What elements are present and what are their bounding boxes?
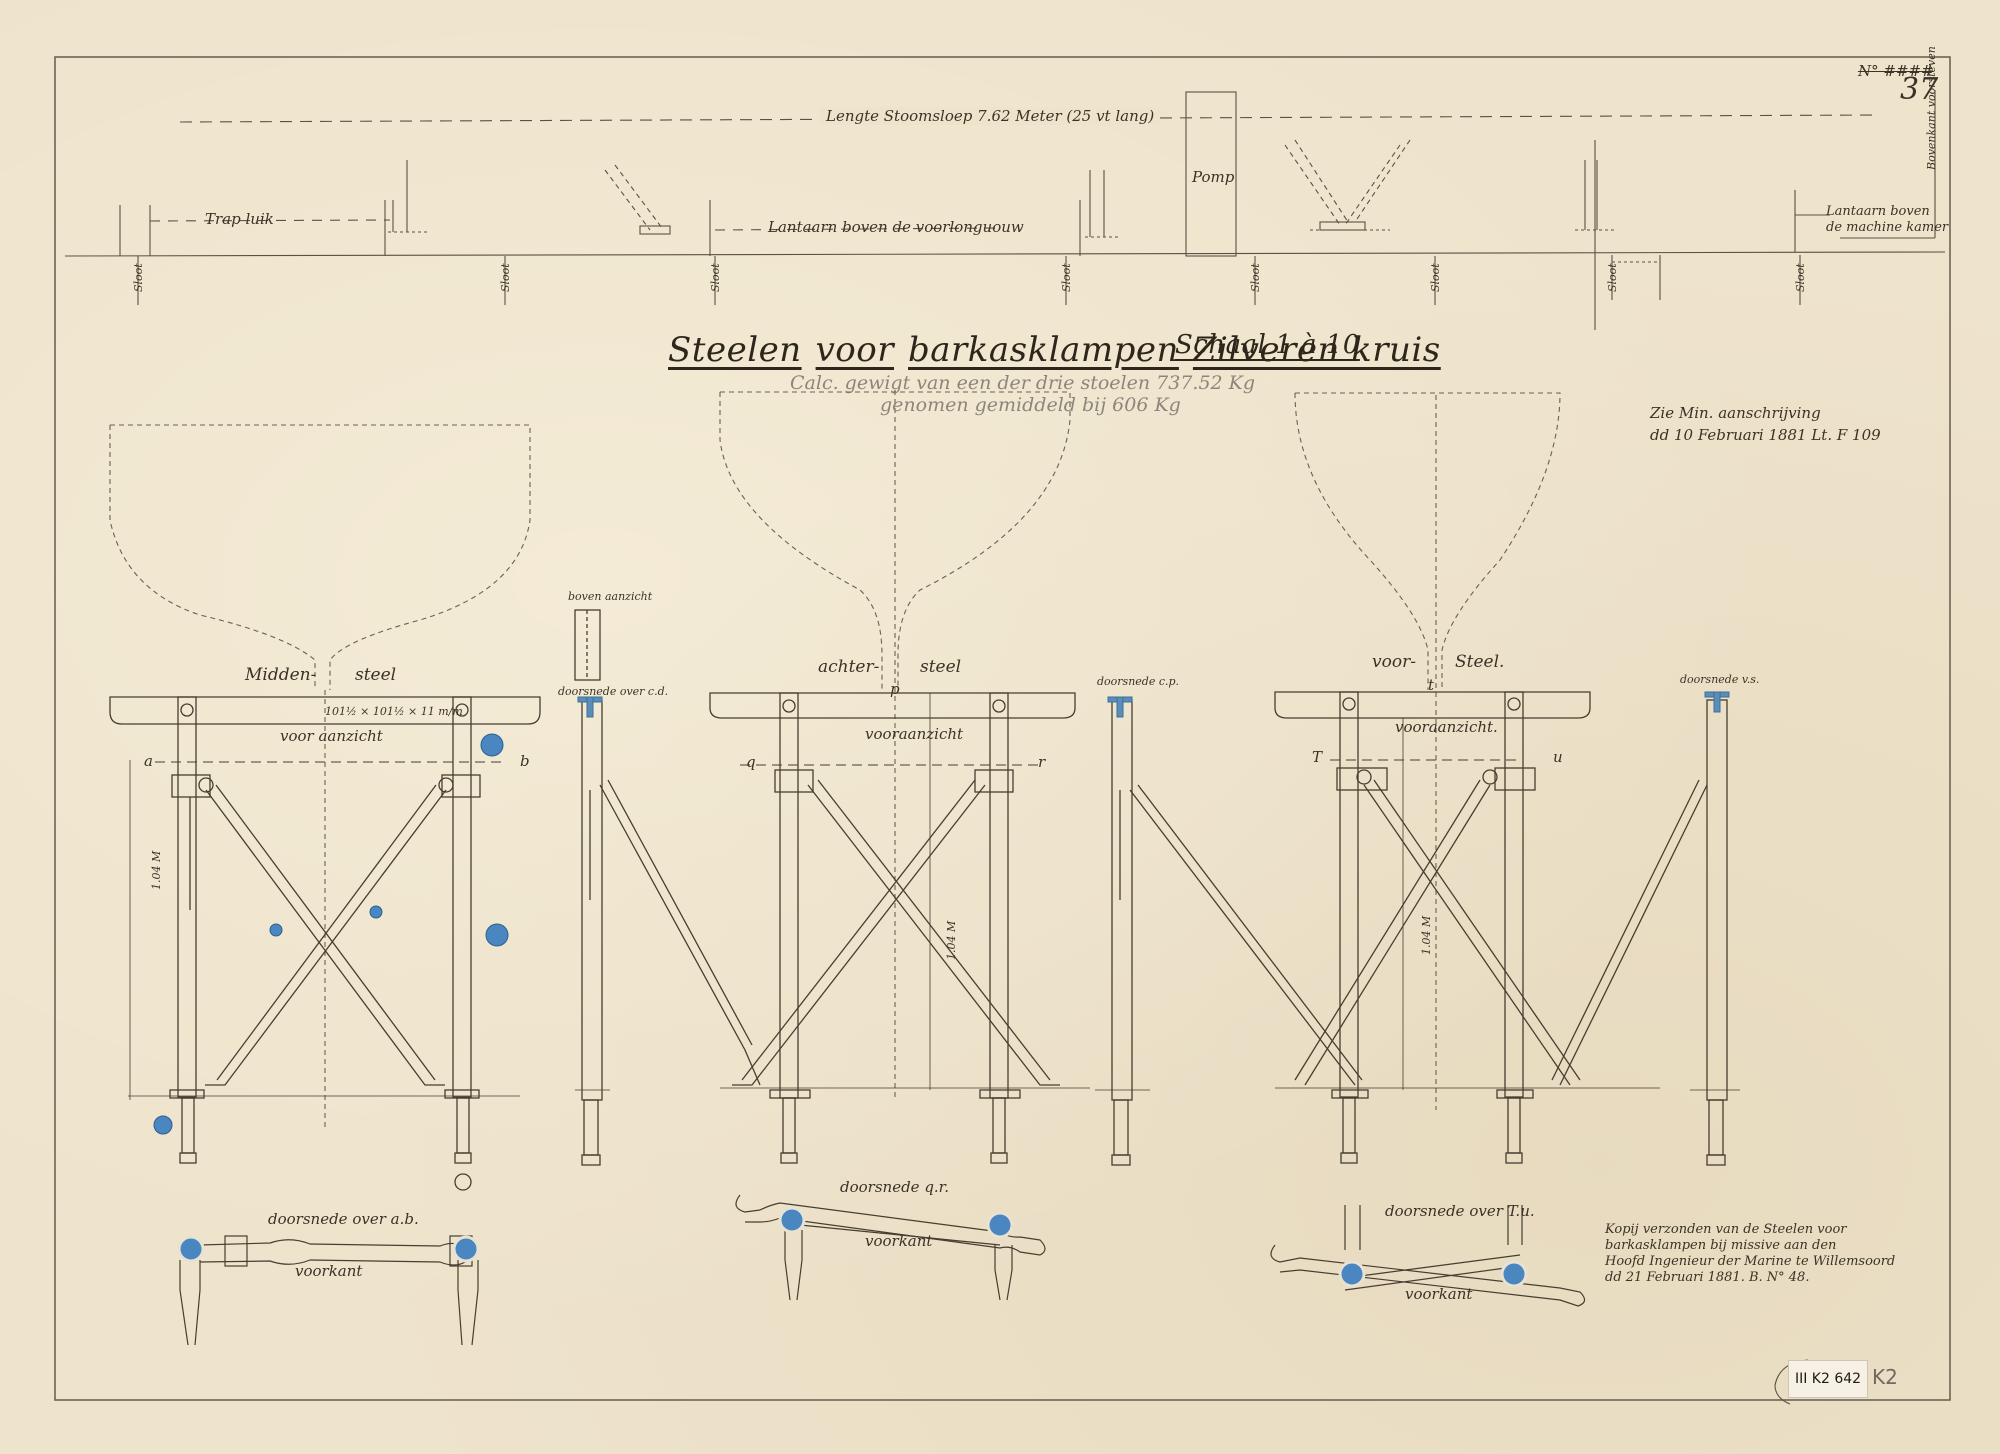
side-view-section: doorsnede v.s. bbox=[1680, 673, 1759, 686]
label-lantaarn-voor: Lantaarn boven de voorlonguouw bbox=[768, 218, 1024, 236]
side-view-title: boven aanzicht bbox=[568, 590, 652, 603]
frame-mark: Sloot bbox=[1060, 263, 1073, 292]
section-mark-u: u bbox=[1553, 748, 1563, 766]
section-mark-q: q bbox=[746, 753, 756, 771]
center-mark-t: t bbox=[1428, 676, 1434, 694]
blue-bar-sections bbox=[154, 734, 508, 1134]
stool-label-left: achter- bbox=[818, 657, 879, 677]
section-a-b bbox=[180, 1236, 478, 1345]
section-sub: voorkant bbox=[295, 1262, 362, 1280]
t-profile-sections bbox=[578, 692, 1729, 717]
stool-label-right: Steel. bbox=[1455, 652, 1504, 672]
archive-label: III K2 642 bbox=[1788, 1360, 1868, 1398]
section-title-a-b: doorsnede over a.b. bbox=[268, 1210, 419, 1228]
frame-mark: Sloot bbox=[1429, 263, 1442, 292]
stool-view-label: vooraanzicht. bbox=[1395, 718, 1498, 736]
label-pomp: Pomp bbox=[1192, 168, 1234, 186]
hull-outlines bbox=[110, 390, 1560, 1130]
label-trap-luik: Trap luik bbox=[205, 210, 274, 228]
center-mark-p: p bbox=[890, 680, 900, 698]
height-dimension: 1.04 M bbox=[150, 851, 163, 890]
frame-mark: Sloot bbox=[499, 263, 512, 292]
stool-label-right: steel bbox=[355, 665, 396, 685]
section-mark-a: a bbox=[144, 752, 153, 770]
frame-mark: Sloot bbox=[1249, 263, 1262, 292]
stool-dimension: 101½ × 101½ × 11 m/m bbox=[325, 705, 463, 718]
stool-view-label: voor aanzicht bbox=[280, 727, 383, 745]
pencil-note-average: genomen gemiddeld bij 606 Kg bbox=[880, 394, 1181, 416]
frame-mark: Sloot bbox=[709, 263, 722, 292]
top-plan bbox=[65, 90, 1945, 330]
label-right-vertical: Bovenkant voorsteven bbox=[1925, 46, 1938, 170]
label-lantaarn-machine: Lantaarn boven de machine kamer bbox=[1826, 204, 1948, 236]
side-view-section: doorsnede c.p. bbox=[1097, 675, 1179, 688]
frame-mark: Sloot bbox=[1606, 263, 1619, 292]
drawing-sheet: N° #### 37 Lengte Stoomsloep 7.62 Meter … bbox=[0, 0, 2000, 1454]
height-dimension: 1.04 M bbox=[945, 921, 958, 960]
section-mark-r: r bbox=[1038, 753, 1045, 771]
section-sub: voorkant bbox=[1405, 1285, 1472, 1303]
section-mark-t: T bbox=[1312, 748, 1322, 766]
title-word: barkasklampen bbox=[908, 330, 1179, 370]
length-dimension: Lengte Stoomsloep 7.62 Meter (25 vt lang… bbox=[820, 107, 1160, 125]
stool-view-label: vooraanzicht bbox=[865, 725, 963, 743]
archive-pencil-mark: K2 bbox=[1872, 1365, 1898, 1389]
copy-note: Kopij verzonden van de Steelen voor bark… bbox=[1605, 1222, 1895, 1286]
frame-mark: Sloot bbox=[1794, 263, 1807, 292]
title-word: voor bbox=[816, 330, 894, 370]
reference-note: Zie Min. aanschrijving dd 10 Februari 18… bbox=[1650, 402, 1881, 446]
frame-mark: Sloot bbox=[132, 263, 145, 292]
section-title-q-r: doorsnede q.r. bbox=[840, 1178, 949, 1196]
stool-achter bbox=[710, 693, 1090, 1163]
stool-voor bbox=[1275, 692, 1660, 1163]
side-view-section: doorsnede over c.d. bbox=[558, 685, 668, 698]
section-title-t-u: doorsnede over T.u. bbox=[1385, 1202, 1535, 1220]
pencil-note-weight: Calc. gewigt van een der drie stoelen 73… bbox=[790, 372, 1255, 394]
stool-label-left: voor- bbox=[1372, 652, 1416, 672]
title-word: Steelen bbox=[668, 330, 802, 370]
height-dimension: 1.04 M bbox=[1420, 916, 1433, 955]
section-sub: voorkant bbox=[865, 1232, 932, 1250]
drawing-scale: Schaal 1 à 10 bbox=[1175, 330, 1360, 360]
stool-label-right: steel bbox=[920, 657, 961, 677]
stool-label-left: Midden- bbox=[245, 665, 316, 685]
section-mark-b: b bbox=[520, 752, 530, 770]
